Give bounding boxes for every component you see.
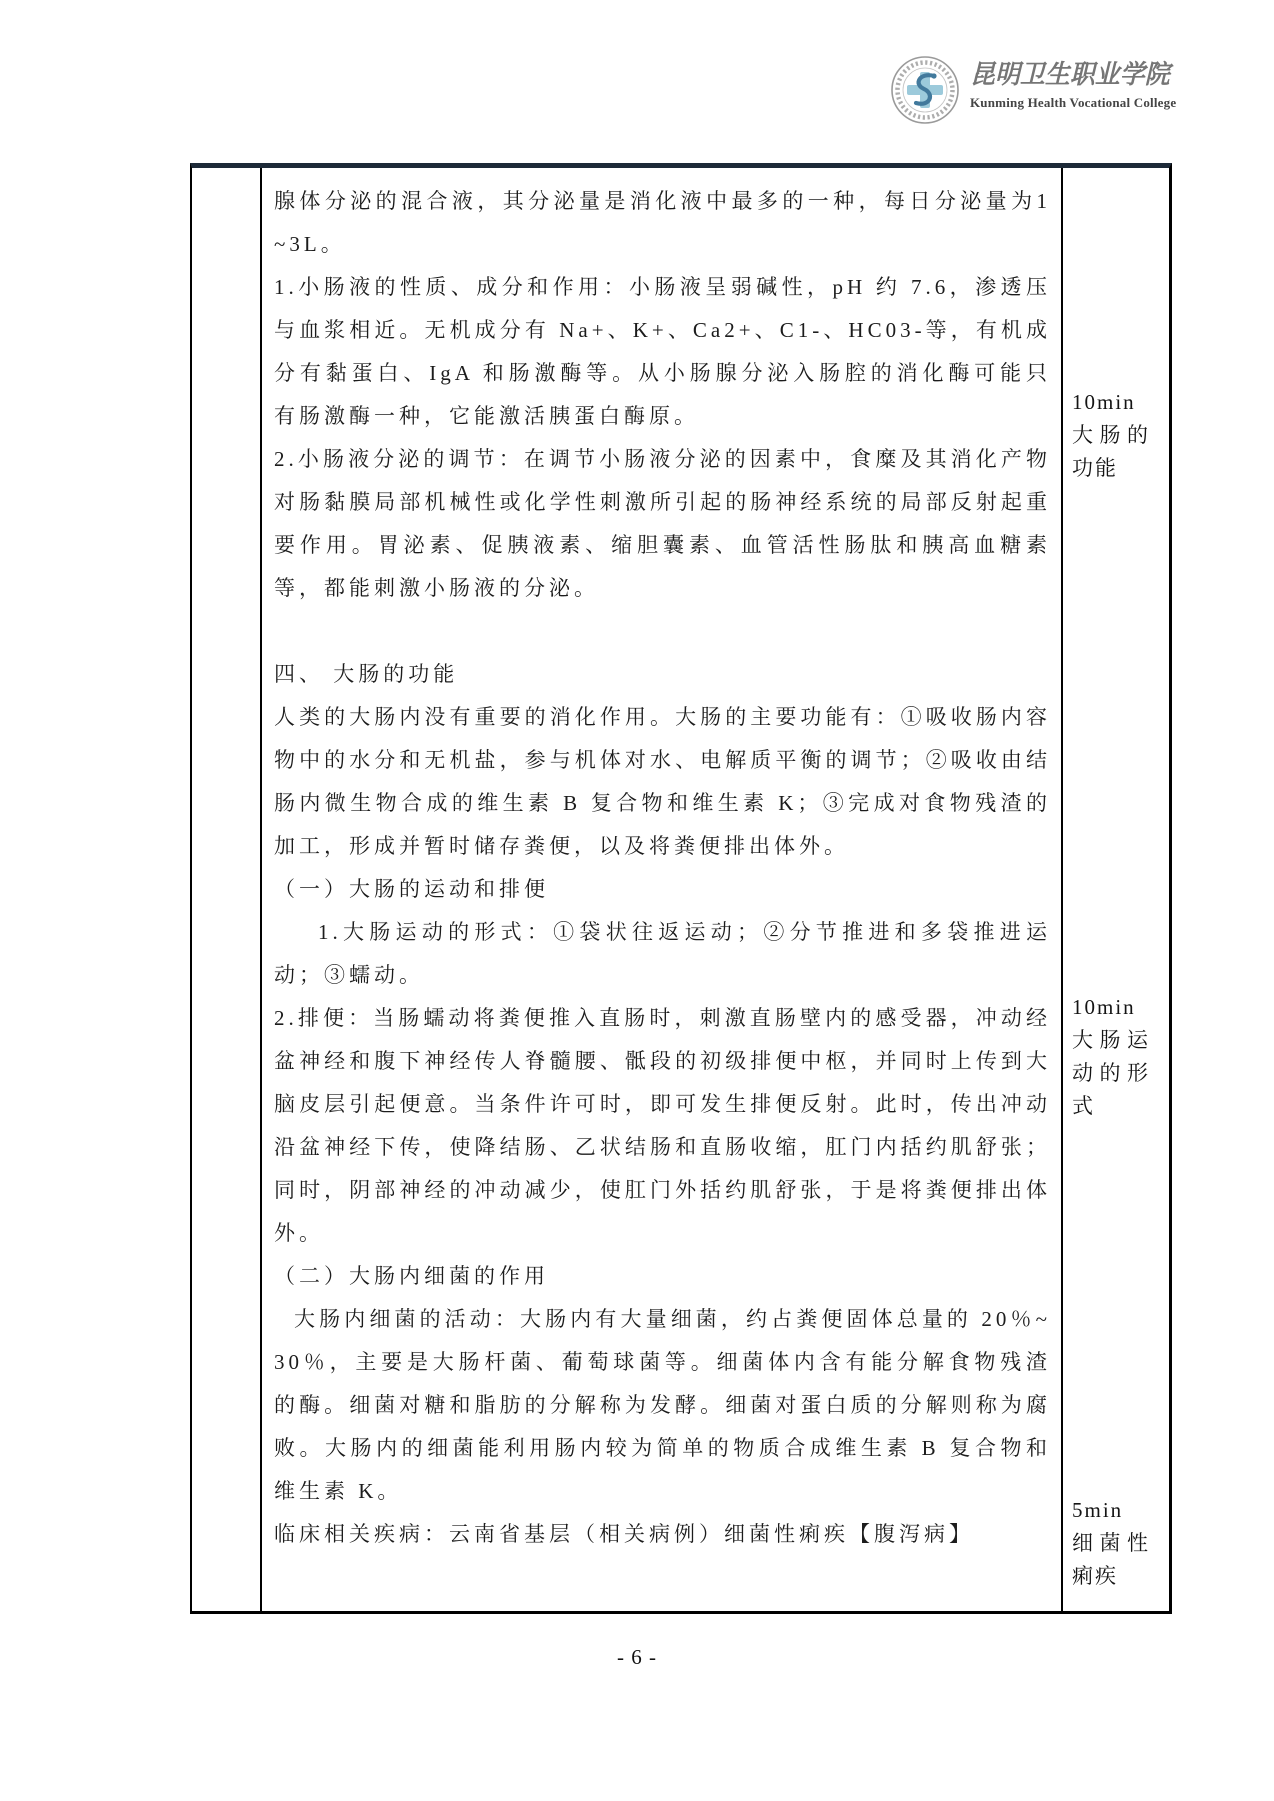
- subsection-heading: （一）大肠的运动和排便: [274, 868, 1051, 911]
- paragraph: 1.大肠运动的形式：①袋状往返运动；②分节推进和多袋推进运动；③蠕动。: [274, 911, 1051, 997]
- table-time-annotation-column: 10min 大肠的功能 10min 大肠运动的形式 5min 细菌性痢疾: [1061, 168, 1169, 1611]
- paragraph: 腺体分泌的混合液，其分泌量是消化液中最多的一种，每日分泌量为1~3L。: [274, 180, 1051, 266]
- college-name-block: 昆明卫生职业学院 Kunming Health Vocational Colle…: [970, 55, 1172, 111]
- college-name-en: Kunming Health Vocational College: [970, 95, 1172, 111]
- page-number: - 6 -: [0, 1645, 1274, 1670]
- paragraph: 人类的大肠内没有重要的消化作用。大肠的主要功能有：①吸收肠内容物中的水分和无机盐…: [274, 696, 1051, 868]
- lesson-plan-table: 腺体分泌的混合液，其分泌量是消化液中最多的一种，每日分泌量为1~3L。 1.小肠…: [190, 163, 1172, 1614]
- college-name-zh: 昆明卫生职业学院: [970, 55, 1164, 95]
- paragraph: 大肠内细菌的活动：大肠内有大量细菌，约占粪便固体总量的 20％~30％，主要是大…: [274, 1298, 1051, 1513]
- section-heading: 四、 大肠的功能: [274, 653, 1051, 696]
- college-logo: 昆明卫生职业学院 Kunming Health Vocational Colle…: [890, 55, 1172, 125]
- time-annotation: 5min 细菌性痢疾: [1072, 1494, 1150, 1593]
- paragraph: 1.小肠液的性质、成分和作用：小肠液呈弱碱性，pH 约 7.6，渗透压与血浆相近…: [274, 266, 1051, 438]
- college-seal-icon: [890, 55, 960, 125]
- blank-line: [274, 610, 1051, 653]
- paragraph: 2.小肠液分泌的调节：在调节小肠液分泌的因素中，食糜及其消化产物对肠黏膜局部机械…: [274, 438, 1051, 610]
- subsection-heading: （二）大肠内细菌的作用: [274, 1255, 1051, 1298]
- paragraph: 临床相关疾病：云南省基层（相关病例）细菌性痢疾【腹泻病】: [274, 1513, 1051, 1556]
- time-annotation: 10min 大肠的功能: [1072, 386, 1150, 485]
- time-annotation: 10min 大肠运动的形式: [1072, 991, 1150, 1123]
- paragraph: 2.排便：当肠蠕动将粪便推入直肠时，刺激直肠壁内的感受器，冲动经盆神经和腹下神经…: [274, 997, 1051, 1255]
- table-content-column: 腺体分泌的混合液，其分泌量是消化液中最多的一种，每日分泌量为1~3L。 1.小肠…: [262, 168, 1061, 1611]
- table-left-spacer-column: [192, 168, 262, 1611]
